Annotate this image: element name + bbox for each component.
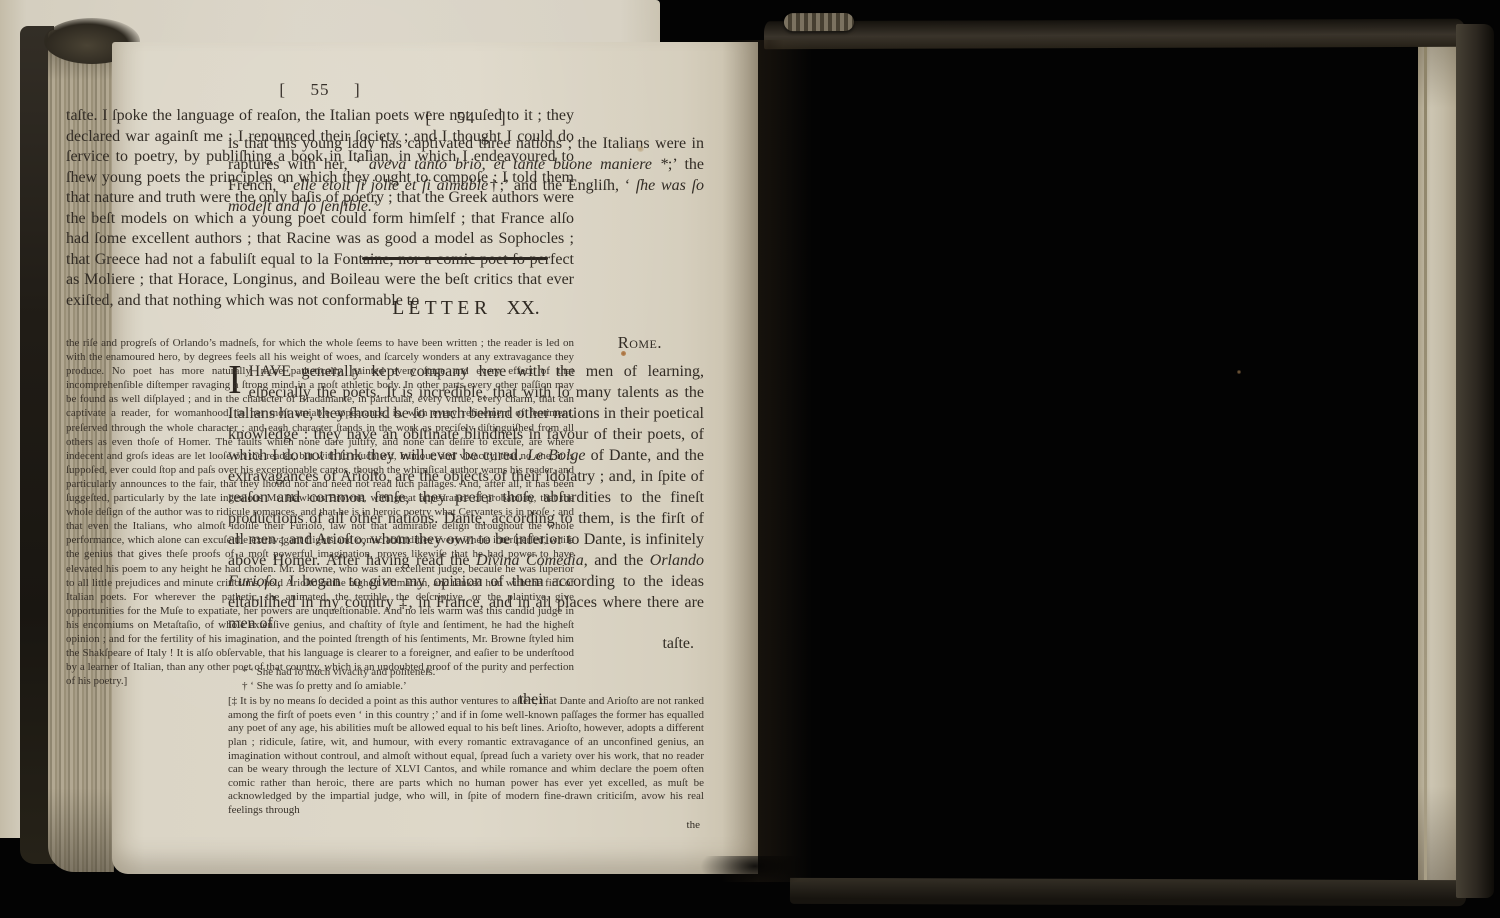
catchword-right: their <box>66 691 574 709</box>
body-paragraph-right: taſte. I ſpoke the language of reaſon, t… <box>66 106 574 311</box>
page-number-right: [ 55 ] <box>66 80 574 100</box>
footnote-double-dagger: [‡ It is by no means ſo decided a point … <box>228 695 704 817</box>
catchword-footnote: the <box>228 819 704 831</box>
paper-stain <box>1237 370 1241 374</box>
book-cover-bottom-edge <box>790 878 1466 906</box>
book-gutter-shadow <box>722 40 812 882</box>
photo-background: [ 54 ] is that this young lady has capti… <box>0 0 1500 918</box>
headband-stitching <box>784 13 854 31</box>
worn-top-binding <box>764 19 1466 49</box>
fold-crease-line <box>1424 40 1427 888</box>
paper-stain <box>637 146 644 152</box>
footnote-continuation: the riſe and progreſs of Orlando’s madne… <box>66 336 574 688</box>
paper-stain <box>621 351 626 356</box>
right-page-content: [ 55 ] taſte. I ſpoke the language of re… <box>66 0 574 709</box>
book-cover-edge-right <box>1456 24 1494 898</box>
gutter-bottom-shadow <box>700 856 810 890</box>
